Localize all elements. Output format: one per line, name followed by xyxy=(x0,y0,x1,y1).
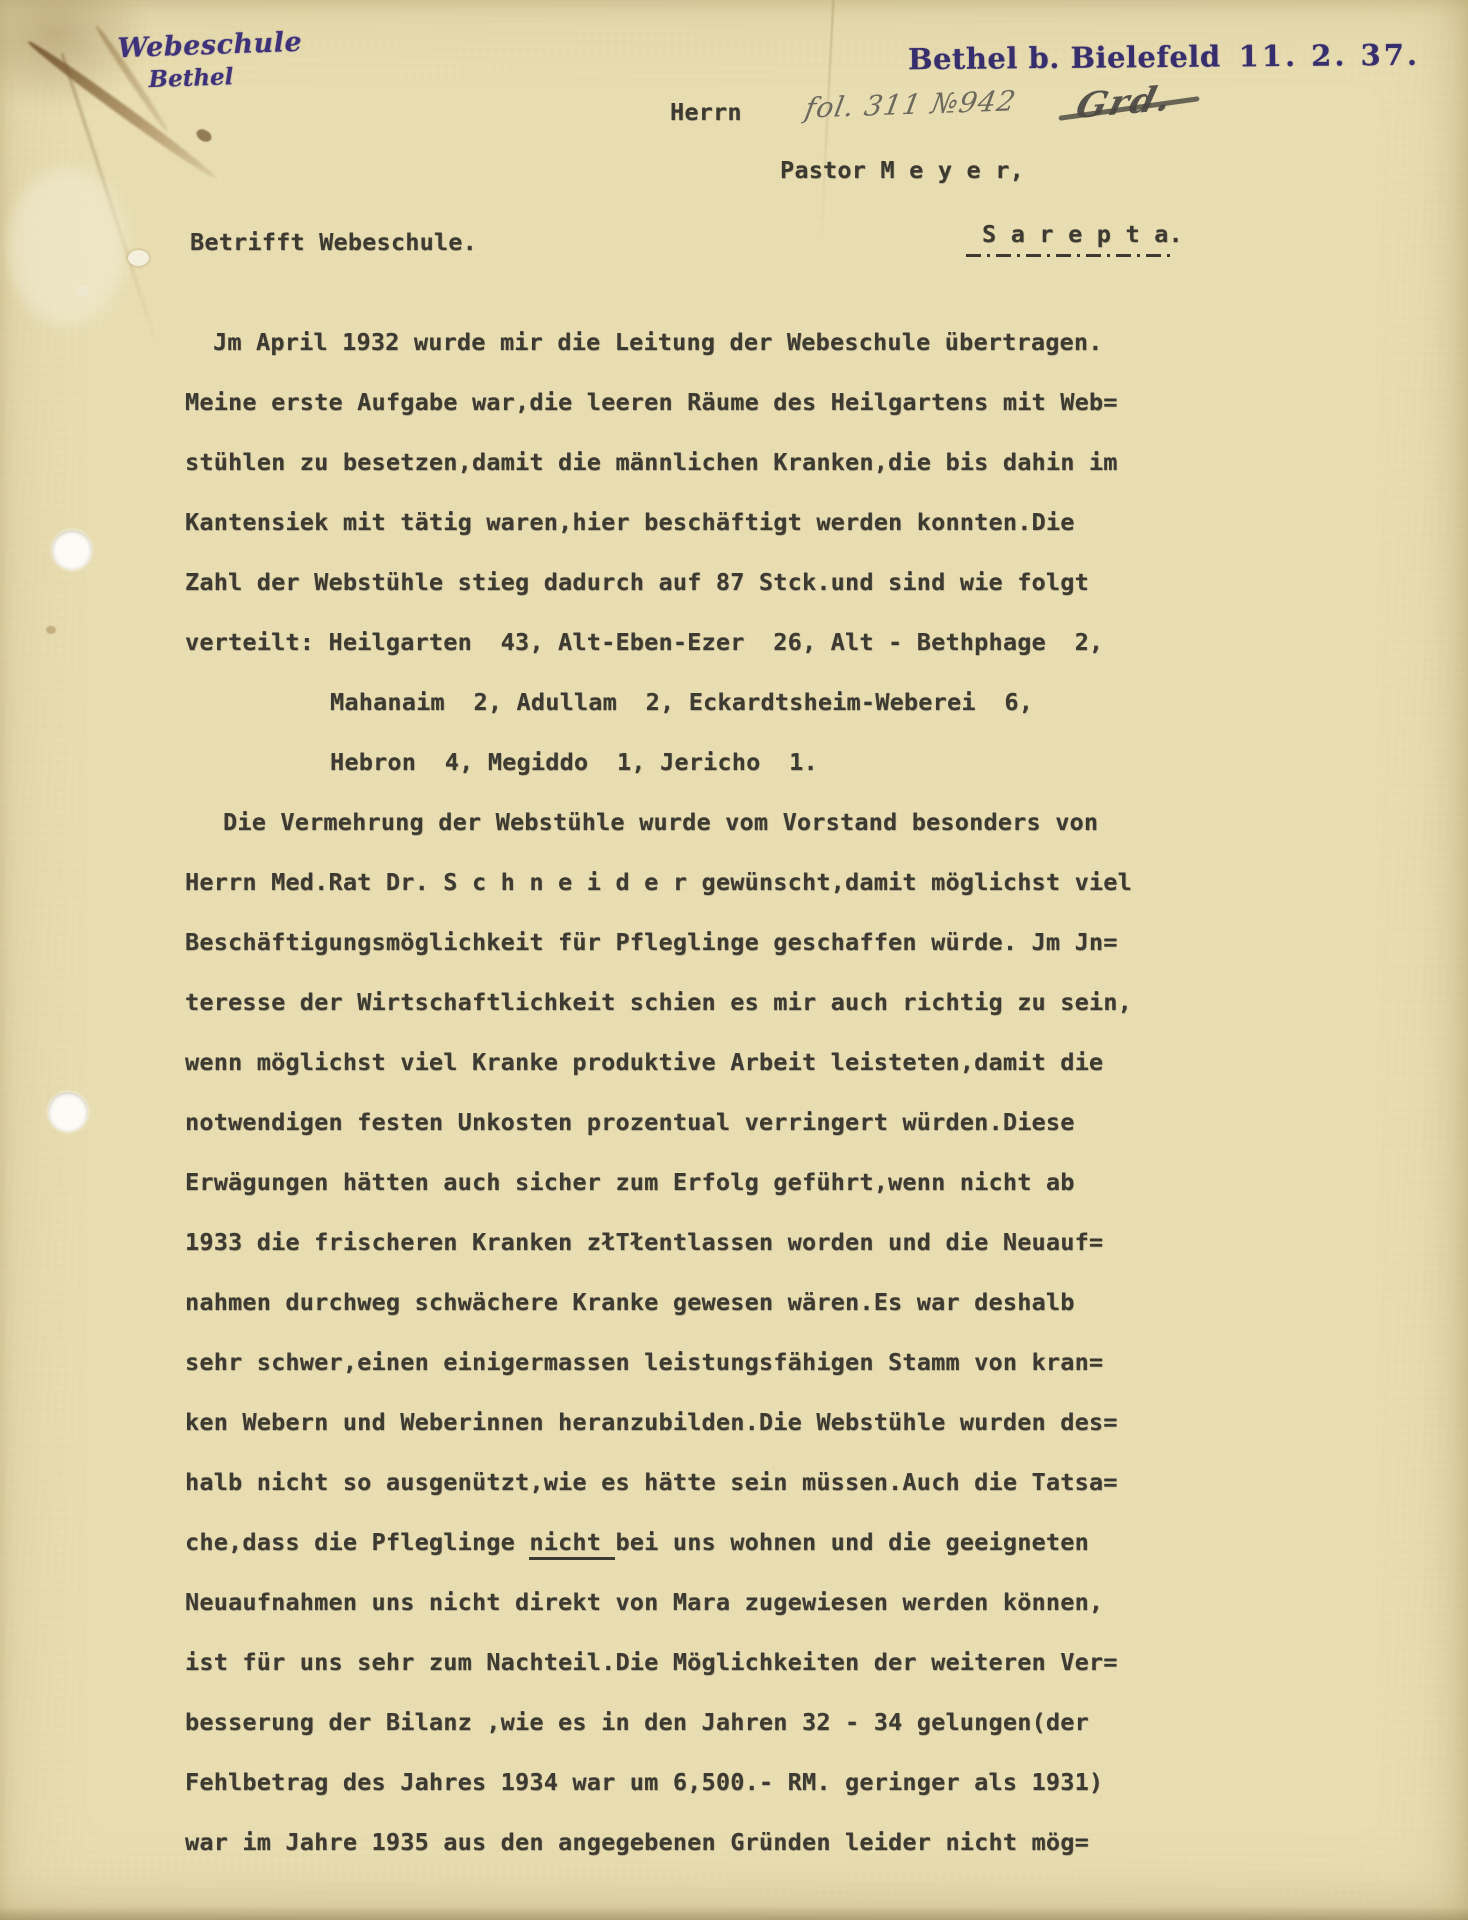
scanned-letter-page: Webeschule Bethel Bethel b. Bielefeld 11… xyxy=(0,0,1468,1920)
paper-chip xyxy=(128,250,149,266)
typed-line: ist für uns sehr zum Nachteil.Die Möglic… xyxy=(185,1632,1132,1692)
typed-line: Mahanaim 2, Adullam 2, Eckardtsheim-Webe… xyxy=(185,672,1132,732)
typed-line: Die Vermehrung der Webstühle wurde vom V… xyxy=(185,792,1132,852)
typed-line: notwendigen festen Unkosten prozentual v… xyxy=(185,1092,1132,1152)
sender-stamp-line2: Bethel xyxy=(148,61,304,93)
underlined-word: nicht xyxy=(529,1528,615,1560)
typed-line: halb nicht so ausgenützt,wie es hätte se… xyxy=(185,1452,1132,1512)
punch-hole xyxy=(48,1092,88,1132)
address-place: S a r e p t a. xyxy=(982,220,1183,248)
typed-line: besserung der Bilanz ,wie es in den Jahr… xyxy=(185,1692,1132,1752)
typed-line: verteilt: Heilgarten 43, Alt-Eben-Ezer 2… xyxy=(185,612,1132,672)
typed-line: Jm April 1932 wurde mir die Leitung der … xyxy=(185,312,1132,372)
typed-line: ken Webern und Weberinnen heranzubilden.… xyxy=(185,1392,1132,1452)
sender-stamp: Webeschule Bethel xyxy=(117,27,304,94)
paper-pale-patch xyxy=(8,168,126,326)
typed-line: war im Jahre 1935 aus den angegebenen Gr… xyxy=(185,1812,1132,1872)
typed-line: teresse der Wirtschaftlichkeit schien es… xyxy=(185,972,1132,1032)
typed-line: 1933 die frischeren Kranken złTłentlasse… xyxy=(185,1212,1132,1272)
tear-mark xyxy=(194,127,213,145)
paper-stain xyxy=(46,626,56,634)
typed-line: Zahl der Webstühle stieg dadurch auf 87 … xyxy=(185,552,1132,612)
typed-line: Herrn Med.Rat Dr. S c h n e i d e r gewü… xyxy=(185,852,1132,912)
typed-line: Neuaufnahmen uns nicht direkt von Mara z… xyxy=(185,1572,1132,1632)
subject-line: Betrifft Webeschule. xyxy=(190,228,477,256)
typed-line: Erwägungen hätten auch sicher zum Erfolg… xyxy=(185,1152,1132,1212)
date-stamp-place: Bethel b. Bielefeld xyxy=(908,40,1221,77)
body-lines: Jm April 1932 wurde mir die Leitung der … xyxy=(185,312,1132,1872)
typed-line: wenn möglichst viel Kranke produktive Ar… xyxy=(185,1032,1132,1092)
typed-line: Fehlbetrag des Jahres 1934 war um 6,500.… xyxy=(185,1752,1132,1812)
typed-line: sehr schwer,einen einigermassen leistung… xyxy=(185,1332,1132,1392)
typed-line: Kantensiek mit tätig waren,hier beschäft… xyxy=(185,492,1132,552)
address-place-underline xyxy=(966,254,1174,257)
typed-line: che,dass die Pfleglinge nicht bei uns wo… xyxy=(185,1512,1132,1572)
address-salutation: Herrn xyxy=(670,98,742,126)
typed-line: Meine erste Aufgabe war,die leeren Räume… xyxy=(185,372,1132,432)
typed-line: stühlen zu besetzen,damit die männlichen… xyxy=(185,432,1132,492)
date-stamp: Bethel b. Bielefeld 11. 2. 37. xyxy=(908,38,1420,76)
typed-line: nahmen durchweg schwächere Kranke gewese… xyxy=(185,1272,1132,1332)
sender-stamp-line1: Webeschule xyxy=(117,27,303,64)
handwritten-file-note: fol. 311 №942 xyxy=(802,84,1019,124)
punch-hole xyxy=(52,530,92,570)
date-stamp-date: 11. 2. 37. xyxy=(1238,38,1420,74)
bottom-edge-shadow xyxy=(0,1906,1468,1920)
typed-line: Beschäftigungsmöglichkeit für Pfleglinge… xyxy=(185,912,1132,972)
address-recipient: Pastor M e y e r, xyxy=(780,156,1024,184)
typed-line: Hebron 4, Megiddo 1, Jericho 1. xyxy=(185,732,1132,792)
paper-chip xyxy=(76,286,89,296)
